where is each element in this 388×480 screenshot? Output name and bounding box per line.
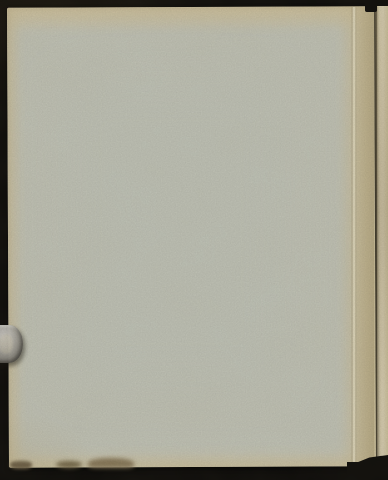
adjacent-page-edge xyxy=(376,6,388,461)
top-edge-notch xyxy=(365,0,377,12)
metal-clasp-hole xyxy=(0,334,13,354)
bottom-left-spot xyxy=(10,461,32,469)
blank-book-page xyxy=(7,6,376,468)
paper-aged-edge-tint xyxy=(7,6,376,468)
scan-background xyxy=(0,0,388,480)
bottom-edge-smudge-small xyxy=(56,461,82,468)
bottom-edge-smudge xyxy=(88,458,134,468)
page-fold-shading xyxy=(357,7,374,467)
bottom-right-corner-step-small xyxy=(347,462,359,480)
page-fold-crease xyxy=(351,7,357,467)
